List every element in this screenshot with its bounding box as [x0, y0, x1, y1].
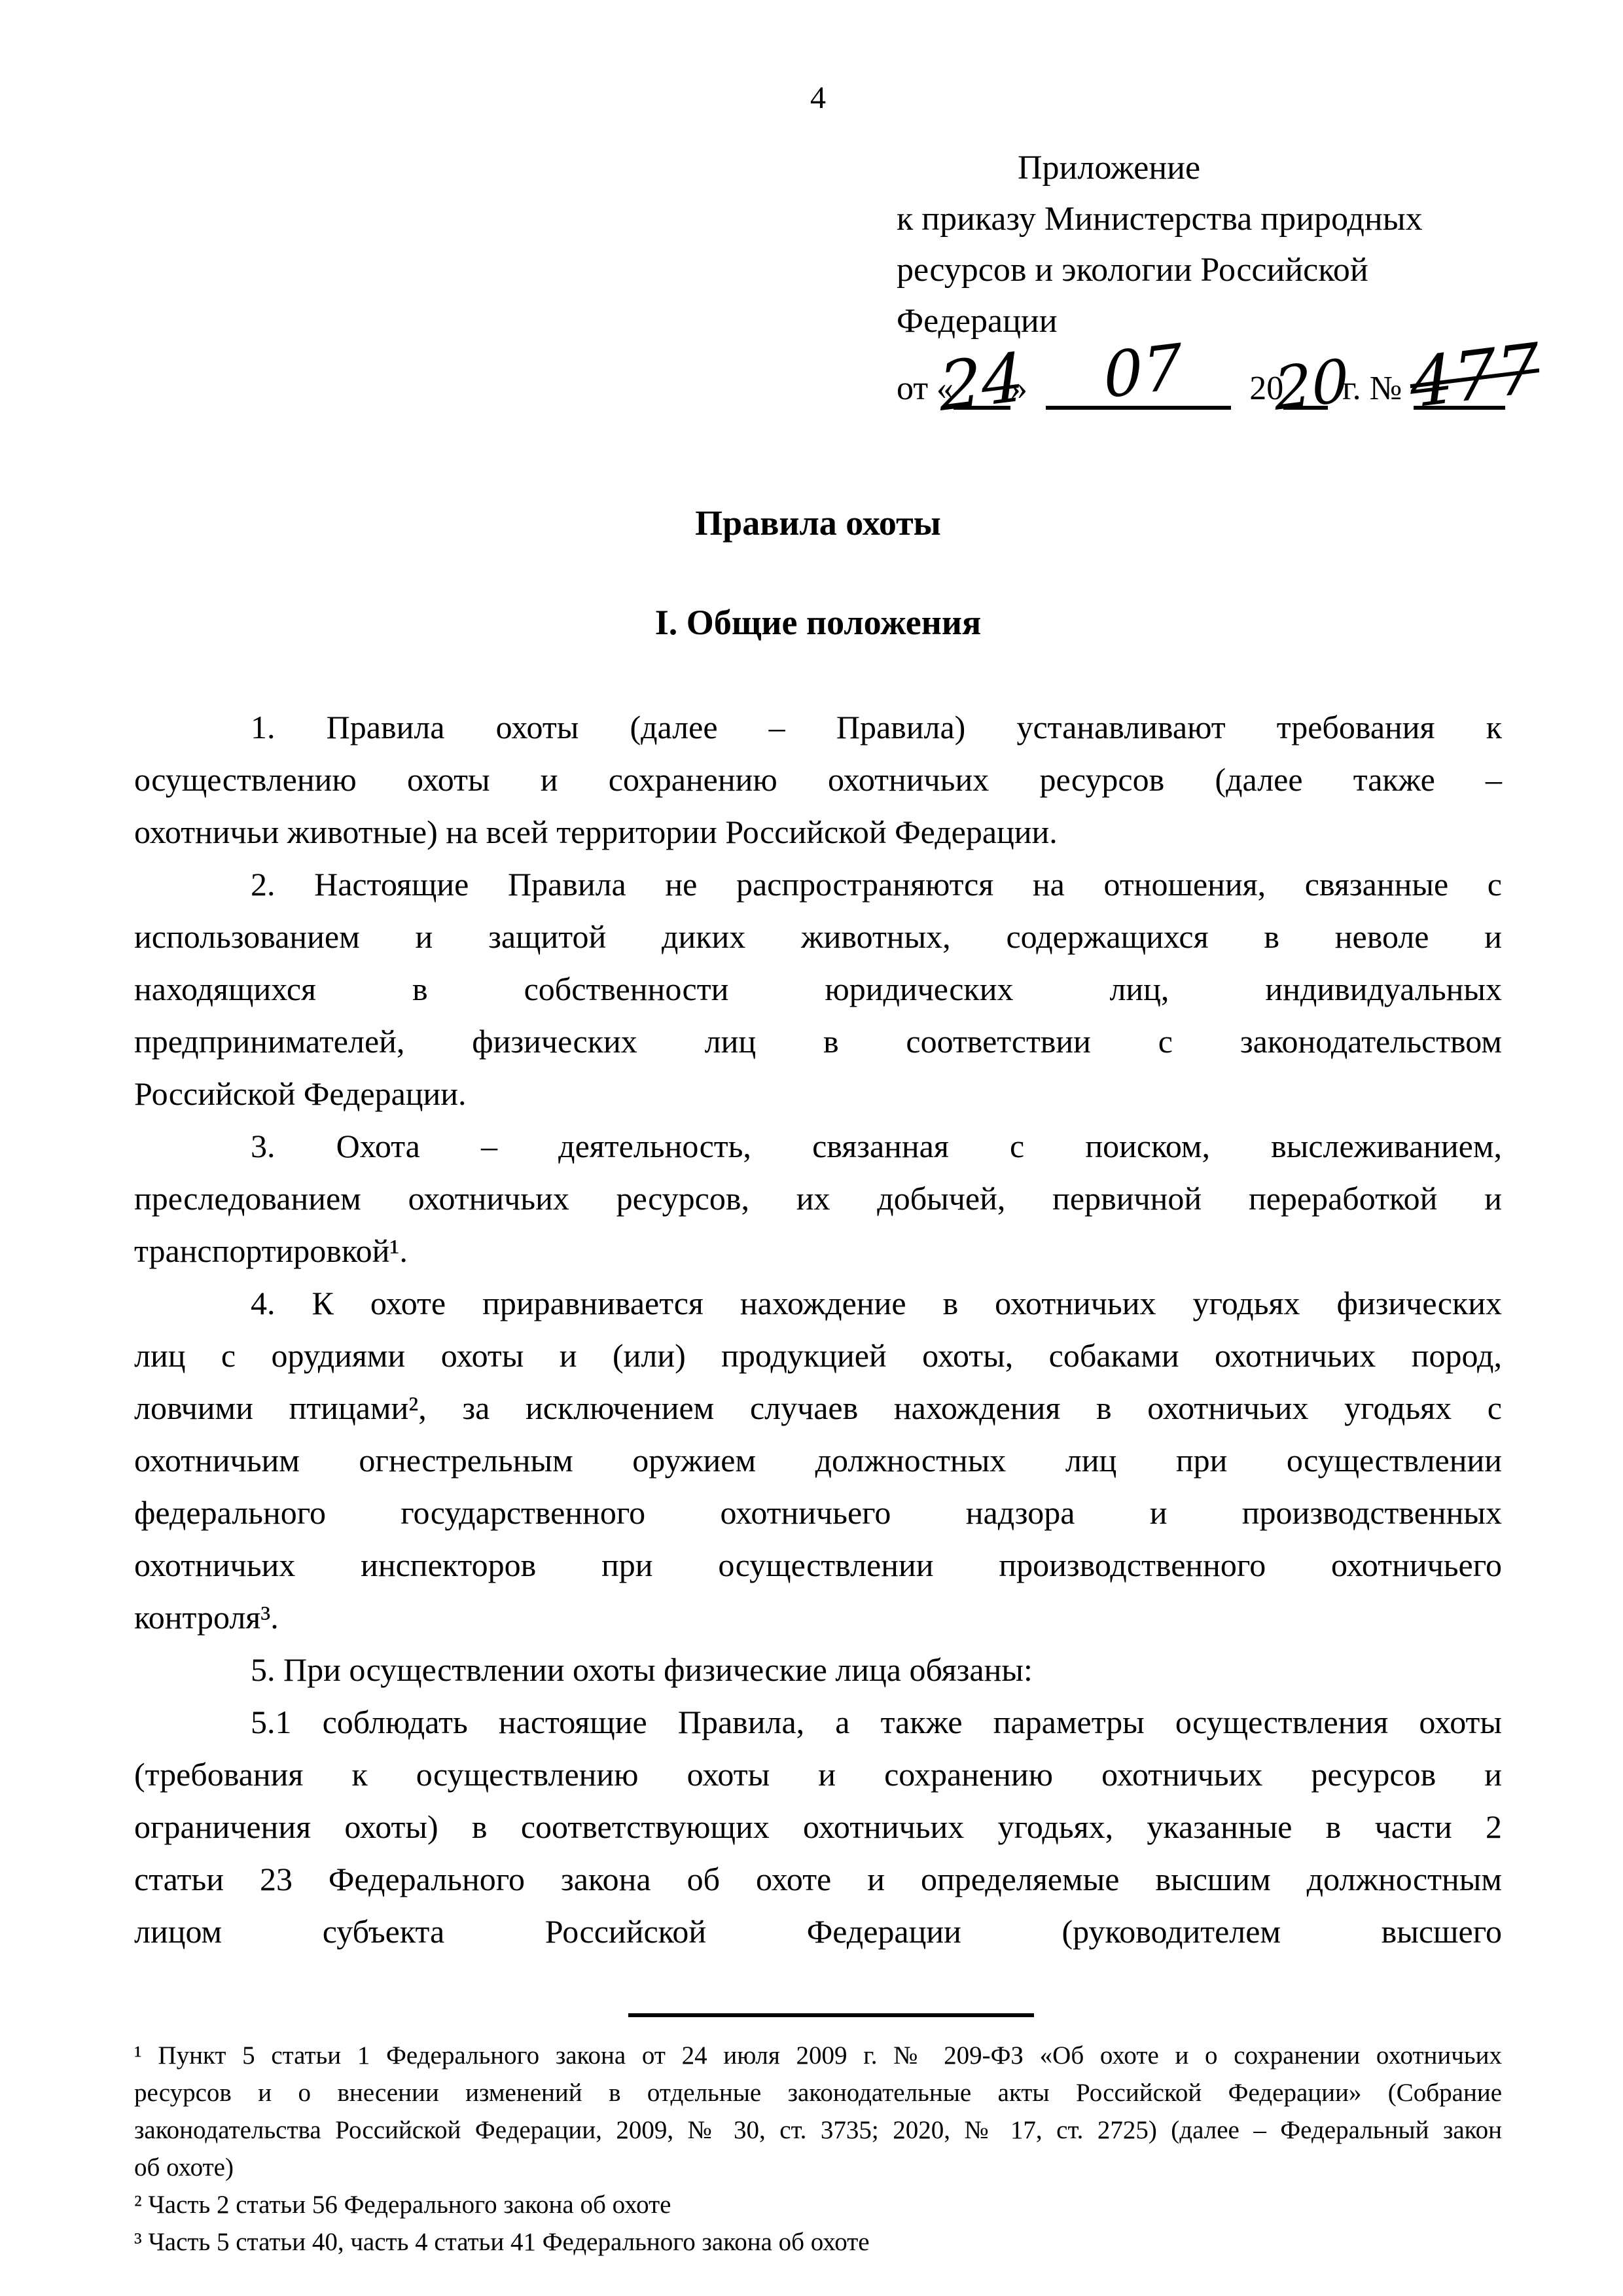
body-line: статьи 23 Федерального закона об охоте и… — [134, 1853, 1502, 1905]
body-line: 1. Правила охоты (далее – Правила) устан… — [134, 701, 1502, 753]
date-number-label: г. № — [1342, 368, 1402, 410]
body-line: федерального государственного охотничьег… — [134, 1486, 1502, 1539]
body-line: преследованием охотничьих ресурсов, их д… — [134, 1172, 1502, 1225]
blank-number-line: 477 — [1414, 401, 1505, 410]
page-number: 4 — [134, 79, 1502, 118]
appendix-line: Приложение — [897, 143, 1505, 194]
body-line: 4. К охоте приравнивается нахождение в о… — [134, 1277, 1502, 1329]
blank-day-line: 24 — [954, 401, 1010, 410]
body-line: ограничения охоты) в соответствующих охо… — [134, 1801, 1502, 1853]
footnote-line: об охоте) — [134, 2149, 1502, 2186]
main-title: Правила охоты — [134, 501, 1502, 545]
body-line: Российской Федерации. — [134, 1067, 1502, 1120]
body-line: предпринимателей, физических лиц в соотв… — [134, 1015, 1502, 1067]
appendix-block: Приложениек приказу Министерства природн… — [897, 143, 1505, 410]
footnote-line: законодательства Российской Федерации, 2… — [134, 2111, 1502, 2149]
body-line: лицом субъекта Российской Федерации (рук… — [134, 1905, 1502, 1958]
footnote-line: ³ Часть 5 статьи 40, часть 4 статьи 41 Ф… — [134, 2223, 1502, 2261]
appendix-date-line: от « 24 » 07 20 20 г. № 477 — [897, 347, 1505, 410]
handwritten-month: 07 — [1102, 336, 1184, 408]
body-line: контроля³. — [134, 1591, 1502, 1643]
body-line: охотничьим огнестрельным оружием должнос… — [134, 1434, 1502, 1486]
footnotes-block: ¹ Пункт 5 статьи 1 Федерального закона о… — [134, 2037, 1502, 2261]
body-line: осуществлению охоты и сохранению охотнич… — [134, 753, 1502, 806]
body-line: лиц с орудиями охоты и (или) продукцией … — [134, 1329, 1502, 1382]
body-line: (требования к осуществлению охоты и сохр… — [134, 1748, 1502, 1801]
appendix-lines: Приложениек приказу Министерства природн… — [897, 143, 1505, 347]
footnote-line: ¹ Пункт 5 статьи 1 Федерального закона о… — [134, 2037, 1502, 2074]
body-line: транспортировкой¹. — [134, 1225, 1502, 1277]
handwritten-day: 24 — [938, 344, 1026, 422]
body-line: использованием и защитой диких животных,… — [134, 910, 1502, 963]
body-line: 5. При осуществлении охоты физические ли… — [134, 1643, 1502, 1696]
document-page: 4 Приложениек приказу Министерства приро… — [0, 0, 1623, 2296]
footnote-separator — [628, 2013, 1034, 2017]
appendix-line: Федерации — [897, 296, 1505, 347]
document-body: 1. Правила охоты (далее – Правила) устан… — [134, 701, 1502, 1958]
footnote-line: ² Часть 2 статьи 56 Федерального закона … — [134, 2186, 1502, 2223]
body-line: охотничьи животные) на всей территории Р… — [134, 806, 1502, 858]
blank-year-line: 20 — [1283, 401, 1328, 410]
handwritten-number: 477 — [1408, 334, 1541, 418]
body-line: находящихся в собственности юридических … — [134, 963, 1502, 1015]
body-line: 5.1 соблюдать настоящие Правила, а также… — [134, 1696, 1502, 1748]
handwritten-year: 20 — [1273, 351, 1350, 420]
blank-month-line: 07 — [1046, 401, 1231, 410]
footnote-line: ресурсов и о внесении изменений в отдель… — [134, 2074, 1502, 2111]
body-line: охотничьих инспекторов при осуществлении… — [134, 1539, 1502, 1591]
body-line: 3. Охота – деятельность, связанная с пои… — [134, 1120, 1502, 1172]
appendix-line: к приказу Министерства природных — [897, 194, 1505, 245]
appendix-line: ресурсов и экологии Российской — [897, 245, 1505, 296]
body-line: 2. Настоящие Правила не распространяются… — [134, 858, 1502, 910]
body-line: ловчими птицами², за исключением случаев… — [134, 1382, 1502, 1434]
section-heading: I. Общие положения — [134, 601, 1502, 644]
